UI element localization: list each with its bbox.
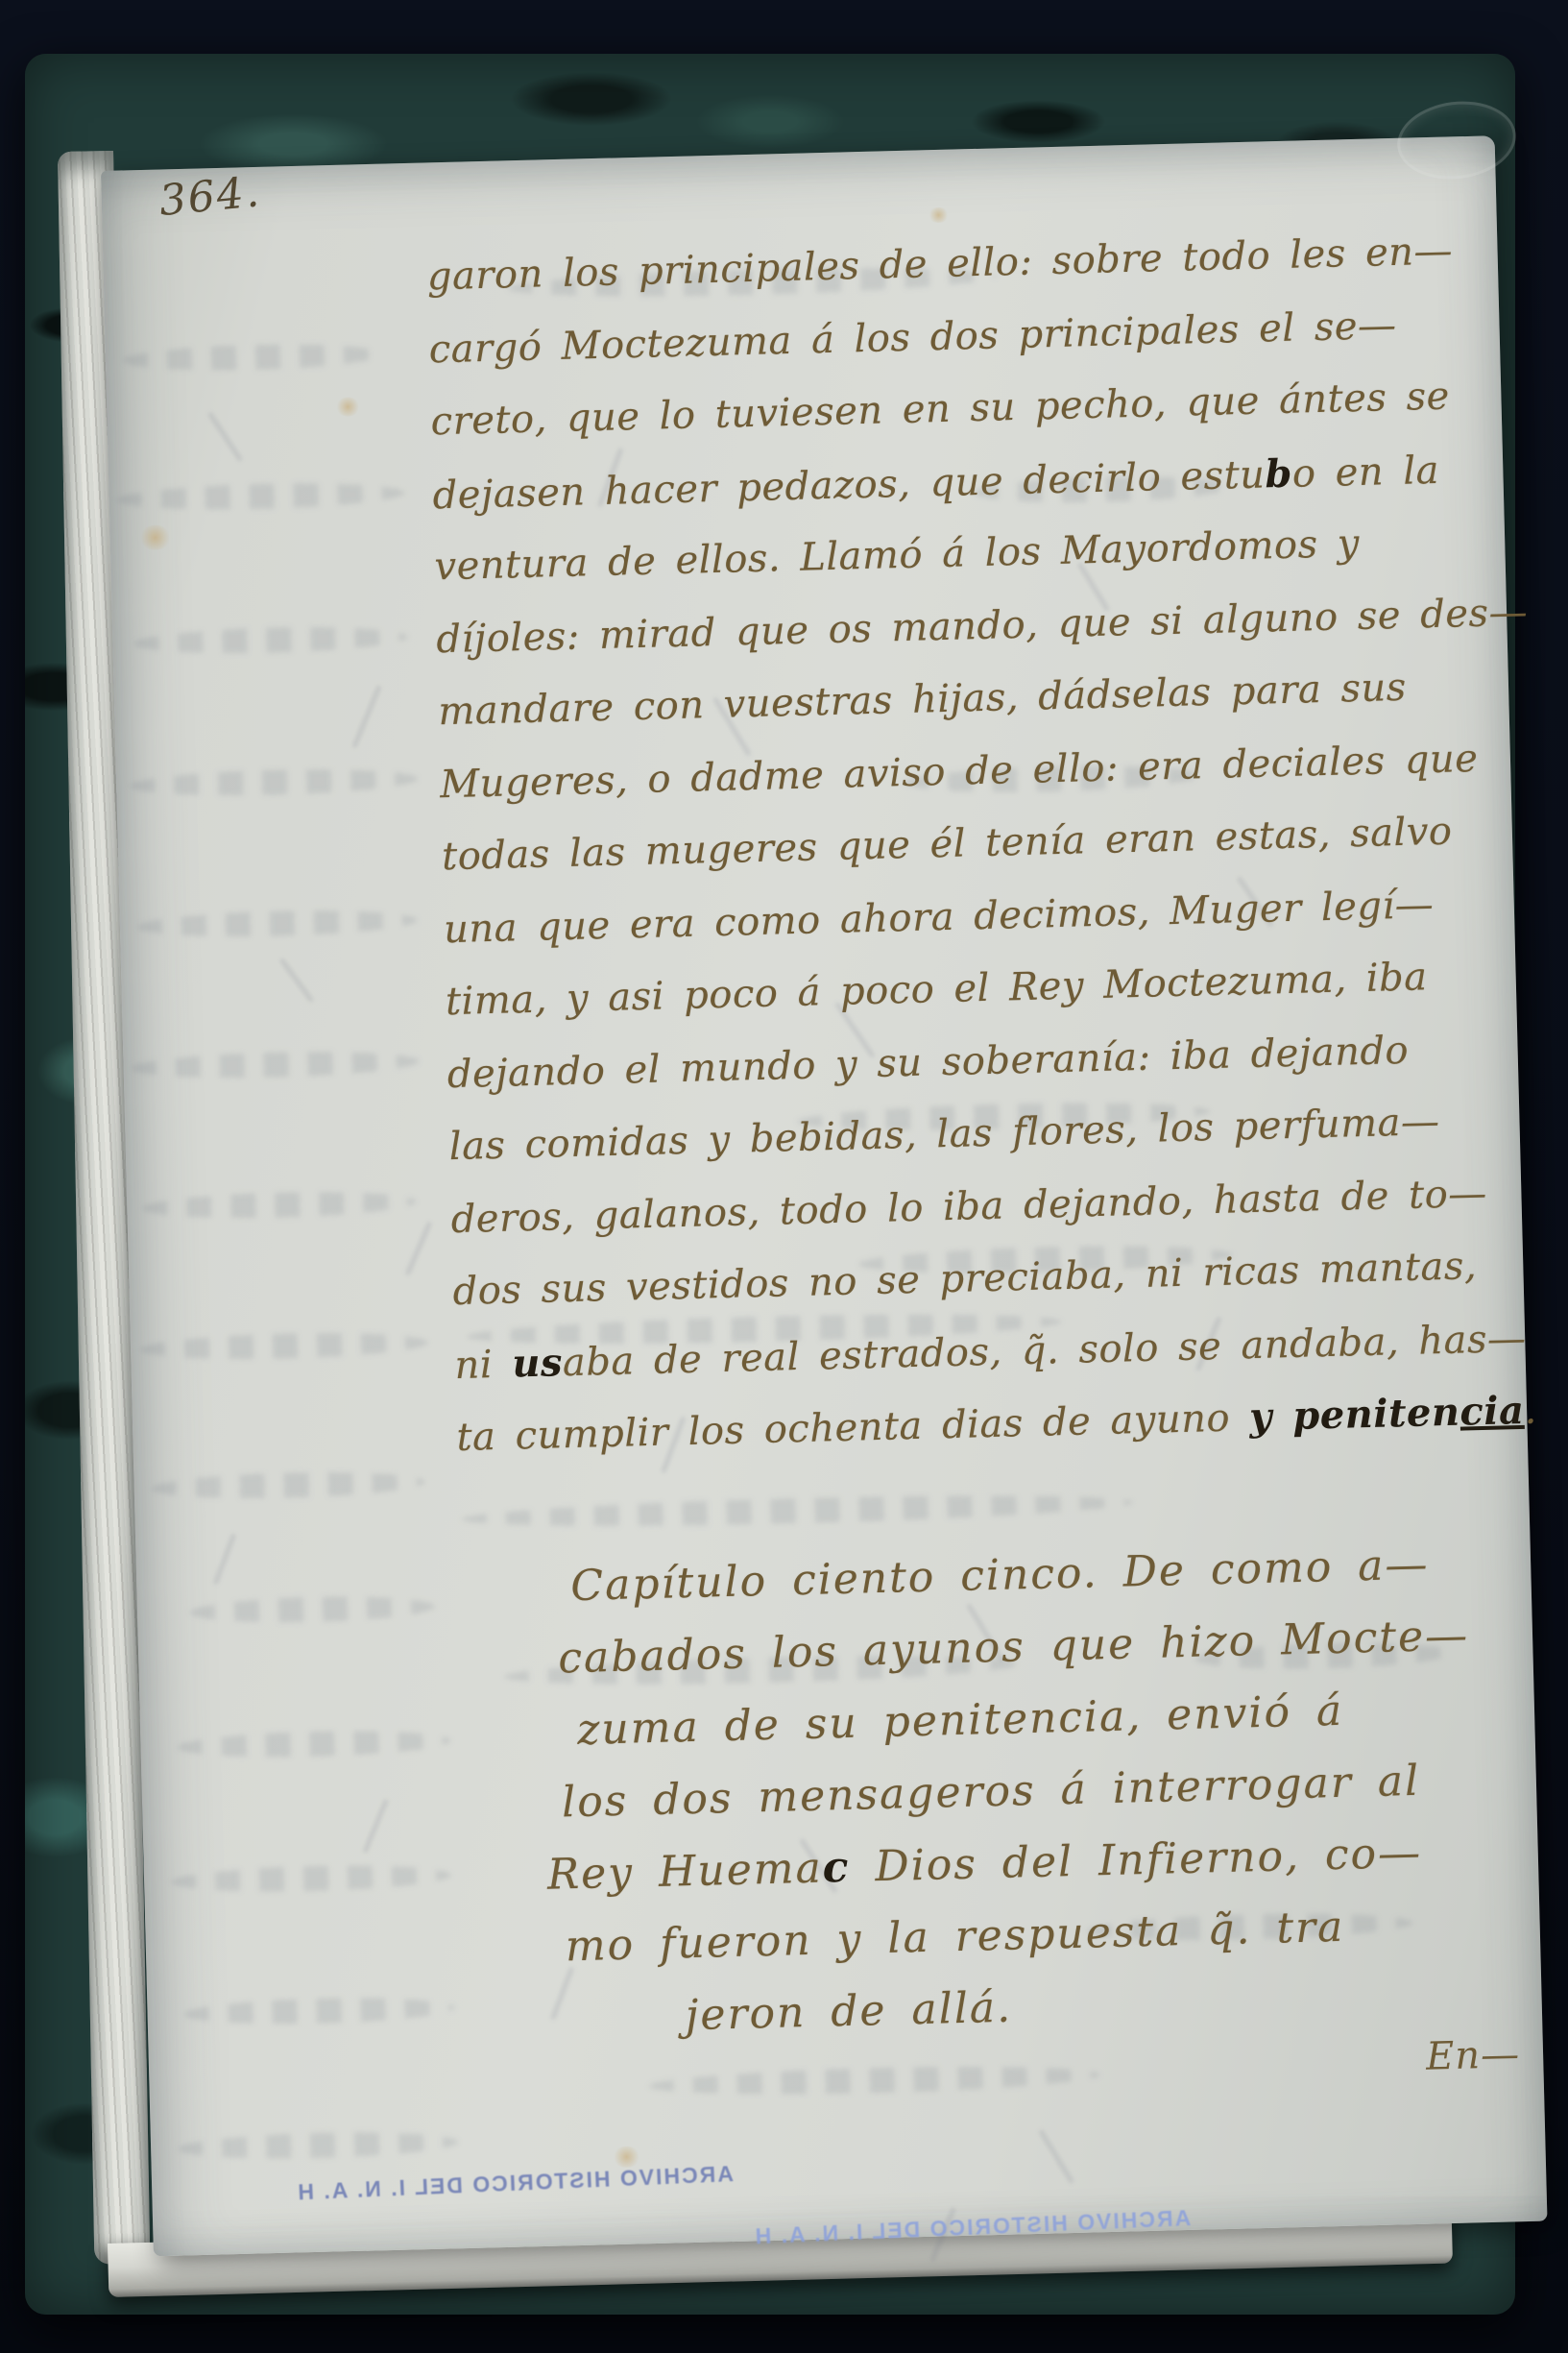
ghost-stroke: [207, 411, 243, 462]
catchword: En—: [1426, 2032, 1521, 2078]
handwritten-text: mo fueron y la respuesta q̃. tra: [565, 1903, 1345, 1972]
handwritten-text: todas las mugeres que él tenía eran esta…: [442, 810, 1453, 880]
manuscript-line: díjoles: mirad que os mando, que si algu…: [436, 590, 1529, 662]
handwritten-text: mandare con vuestras hijas, dádselas par…: [438, 666, 1408, 735]
ink-correction: c: [822, 1843, 851, 1893]
ghost-stroke: [116, 480, 405, 513]
manuscript-line: todas las mugeres que él tenía eran esta…: [442, 810, 1453, 880]
handwritten-text: ta cumplir los ochenta dias de ayuno: [456, 1395, 1250, 1460]
handwritten-text: jeron de allá.: [685, 1983, 1013, 2041]
folio-number: 364.: [157, 167, 263, 226]
manuscript-line: Rey Huemac Dios del Infierno, co—: [546, 1829, 1422, 1900]
handwritten-text: Rey Huema: [546, 1844, 823, 1900]
ghost-stroke: [183, 1995, 455, 2026]
ghost-stroke: [133, 624, 408, 656]
handwritten-text: Dios del Infierno, co—: [850, 1829, 1423, 1892]
ghost-stroke: [131, 1049, 420, 1081]
handwritten-text: Mugeres, o dadme aviso de ello: era deci…: [440, 736, 1479, 806]
ink-correction: cia: [1459, 1388, 1525, 1435]
handwritten-text: díjoles: mirad que os mando, que si algu…: [436, 590, 1529, 662]
manuscript-line: cabados los ayunos que hizo Mocte—: [558, 1611, 1470, 1683]
manuscript-line: Mugeres, o dadme aviso de ello: era deci…: [440, 736, 1479, 806]
foxing-spot: [138, 524, 172, 550]
handwritten-text: tima, y asi poco á poco el Rey Moctezuma…: [445, 955, 1428, 1024]
handwritten-text: garon los principales de ello: sobre tod…: [426, 229, 1453, 299]
handwritten-text: deros, galanos, todo lo iba dejando, has…: [450, 1171, 1487, 1241]
manuscript-line: tima, y asi poco á poco el Rey Moctezuma…: [445, 955, 1428, 1024]
manuscript-line: jeron de allá.: [685, 1983, 1013, 2041]
handwritten-text: creto, que lo tuviesen en su pecho, que …: [430, 375, 1450, 445]
ghost-stroke: [405, 1221, 433, 1275]
manuscript-page: 364. garon los principales de ello: sobr…: [101, 135, 1547, 2256]
handwritten-text: dos sus vestidos no se preciaba, ni rica…: [452, 1244, 1478, 1314]
manuscript-line: ta cumplir los ochenta dias de ayuno y p…: [456, 1388, 1537, 1460]
handwritten-text: una que era como ahora decimos, Muger le…: [444, 883, 1435, 952]
manuscript-line: una que era como ahora decimos, Muger le…: [444, 883, 1435, 952]
ghost-stroke: [137, 908, 419, 939]
manuscript-line: dos sus vestidos no se preciaba, ni rica…: [452, 1244, 1478, 1314]
archive-stamp-left: ARCHIVO HISTORICO DEL I. N. A. H: [296, 2161, 735, 2205]
manuscript-line: mo fueron y la respuesta q̃. tra: [565, 1903, 1345, 1972]
handwritten-text: zuma de su penitencia, envió á: [577, 1686, 1344, 1755]
photographed-manuscript-scene: 364. garon los principales de ello: sobr…: [0, 0, 1568, 2353]
manuscript-line: dejando el mundo y su soberanía: iba dej…: [446, 1028, 1409, 1096]
ghost-stroke: [178, 2129, 459, 2161]
manuscript-line: las comidas y bebidas, las flores, los p…: [448, 1100, 1440, 1169]
manuscript-line: zuma de su penitencia, envió á: [577, 1686, 1344, 1755]
ghost-stroke: [123, 342, 383, 374]
handwritten-text: las comidas y bebidas, las flores, los p…: [448, 1100, 1440, 1169]
ghost-stroke: [648, 2062, 1100, 2098]
ghost-stroke: [1038, 2129, 1074, 2184]
handwritten-text: dejasen hacer pedazos, que decirlo estu: [432, 452, 1266, 518]
foxing-spot: [335, 397, 360, 417]
manuscript-line: dejasen hacer pedazos, que decirlo estub…: [432, 447, 1439, 518]
ghost-stroke: [130, 766, 419, 799]
handwritten-text: Capítulo ciento cinco. De como a—: [570, 1540, 1430, 1611]
ink-correction: us: [512, 1340, 564, 1386]
ghost-stroke: [151, 1469, 425, 1501]
manuscript-line: ventura de ellos. Llamó á los Mayordomos…: [434, 522, 1360, 589]
ghost-stroke: [171, 1862, 452, 1894]
handwritten-text: dejando el mundo y su soberanía: iba dej…: [446, 1028, 1409, 1096]
manuscript-line: creto, que lo tuviesen en su pecho, que …: [430, 375, 1450, 445]
ghost-stroke: [279, 958, 315, 1003]
manuscript-line: cargó Moctezuma á los dos principales el…: [428, 303, 1397, 371]
foxing-spot: [928, 207, 949, 224]
ghost-stroke: [362, 1799, 389, 1854]
handwritten-text: cargó Moctezuma á los dos principales el…: [428, 303, 1397, 371]
ghost-stroke: [550, 1966, 574, 2020]
ghost-stroke: [461, 1490, 1133, 1532]
handwritten-text: ni: [454, 1342, 513, 1387]
ink-correction: y peniten: [1249, 1390, 1460, 1441]
manuscript-line: mandare con vuestras hijas, dádselas par…: [438, 666, 1408, 735]
ghost-stroke: [142, 1189, 417, 1221]
handwritten-text: aba de real estrados, q̃. solo se andaba…: [562, 1316, 1527, 1384]
manuscript-line: los dos mensageros á interrogar al: [561, 1757, 1420, 1828]
ghost-stroke: [140, 1330, 429, 1363]
ghost-stroke: [213, 1533, 236, 1585]
handwritten-text: .: [1524, 1389, 1537, 1433]
handwritten-text: cabados los ayunos que hizo Mocte—: [558, 1611, 1470, 1683]
ink-correction: b: [1265, 450, 1293, 497]
manuscript-line: Capítulo ciento cinco. De como a—: [570, 1540, 1430, 1611]
handwritten-text: o en la: [1291, 448, 1439, 496]
handwritten-text: los dos mensageros á interrogar al: [561, 1757, 1420, 1828]
manuscript-line: ni usaba de real estrados, q̃. solo se a…: [454, 1315, 1527, 1387]
manuscript-line: garon los principales de ello: sobre tod…: [426, 229, 1453, 299]
ghost-stroke: [190, 1594, 436, 1625]
ghost-stroke: [177, 1728, 451, 1759]
manuscript-line: deros, galanos, todo lo iba dejando, has…: [450, 1171, 1487, 1241]
handwritten-text: ventura de ellos. Llamó á los Mayordomos…: [434, 522, 1360, 589]
ghost-stroke: [351, 685, 381, 749]
